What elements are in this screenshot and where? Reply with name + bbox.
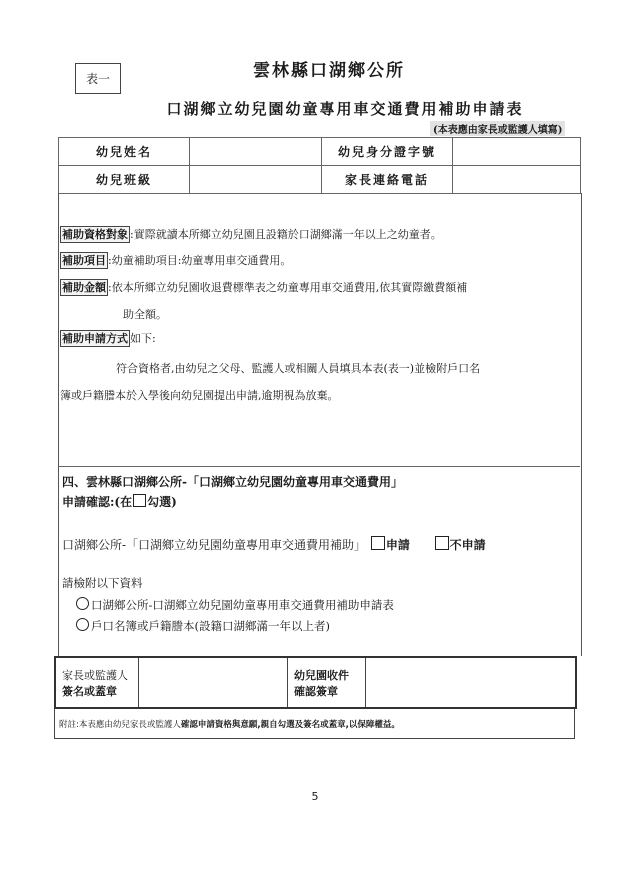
- eligibility-text: :實際就讀本所鄉立幼兒園且設籍於口湖鄉滿一年以上之幼童者。: [130, 228, 442, 241]
- label-child-name: 幼兒姓名: [59, 138, 190, 166]
- attachment-text: 口湖鄉公所-口湖鄉立幼兒園幼童專用車交通費用補助申請表: [91, 598, 394, 612]
- form-title: 口湖鄉立幼兒園幼童專用車交通費用補助申請表: [0, 98, 630, 119]
- table-row: 家長或監護人 簽名或蓋章 幼兒園收件 確認簽章: [55, 657, 576, 708]
- kindergarten-label-line1: 幼兒園收件: [294, 667, 359, 683]
- footnote-prefix: 附註:本表應由幼兒家長或監護人: [59, 718, 181, 730]
- method-detail-line2: 簿或戶籍謄本於入學後向幼兒園提出申請,逾期視為放棄。: [60, 387, 339, 403]
- circle-bullet-icon: [76, 618, 89, 631]
- item-text: :幼童補助項目:幼童專用車交通費用。: [108, 254, 291, 267]
- method-detail-line1: 符合資格者,由幼兒之父母、監護人或相關人員填具本表(表一)並檢附戶口名: [116, 360, 480, 376]
- item-rule: 補助項目:幼童補助項目:幼童專用車交通費用。: [60, 252, 291, 269]
- fill-note: (本表應由家長或監護人填寫): [430, 121, 565, 136]
- parent-label-line1: 家長或監護人: [62, 667, 132, 683]
- kindergarten-signature-field[interactable]: [366, 657, 577, 708]
- eligibility-tag: 補助資格對象: [60, 226, 130, 243]
- apply-checkbox[interactable]: [371, 536, 385, 550]
- heading-prefix: 申請確認:(在: [62, 495, 132, 509]
- parent-signature-label: 家長或監護人 簽名或蓋章: [55, 657, 139, 708]
- amount-tag: 補助金額: [60, 279, 108, 296]
- item-tag: 補助項目: [60, 252, 108, 269]
- footnote: 附註:本表應由幼兒家長或監護人確認申請資格與意願,親自勾選及簽名或蓋章,以保障權…: [54, 709, 575, 739]
- checkbox-icon: [133, 494, 146, 507]
- eligibility-rule: 補助資格對象:實際就讀本所鄉立幼兒園且設籍於口湖鄉滿一年以上之幼童者。: [60, 226, 442, 243]
- label-parent-phone: 家長連絡電話: [322, 166, 453, 194]
- parent-phone-field[interactable]: [453, 166, 581, 194]
- not-apply-checkbox[interactable]: [435, 536, 449, 550]
- confirm-text: 口湖鄉公所-「口湖鄉立幼兒園幼童專用車交通費用補助」: [62, 538, 366, 552]
- attachment-item: 口湖鄉公所-口湖鄉立幼兒園幼童專用車交通費用補助申請表: [76, 597, 394, 613]
- section4-heading-line1: 四、雲林縣口湖鄉公所-「口湖鄉立幼兒園幼童專用車交通費用」: [62, 473, 403, 490]
- organization-title: 雲林縣口湖鄉公所: [0, 56, 630, 81]
- confirm-line: 口湖鄉公所-「口湖鄉立幼兒園幼童專用車交通費用補助」 申請 不申請: [62, 536, 486, 553]
- child-name-field[interactable]: [190, 138, 322, 166]
- label-child-class: 幼兒班級: [59, 166, 190, 194]
- applicant-info-table: 幼兒姓名 幼兒身分證字號 幼兒班級 家長連絡電話: [58, 137, 581, 194]
- amount-rule: 補助金額:依本所鄉立幼兒園收退費標準表之幼童專用車交通費用,依其實際繳費額補: [60, 279, 467, 296]
- method-tag: 補助申請方式: [60, 330, 130, 347]
- table-row: 幼兒班級 家長連絡電話: [59, 166, 581, 194]
- amount-text: :依本所鄉立幼兒園收退費標準表之幼童專用車交通費用,依其實際繳費額補: [108, 281, 467, 294]
- table-row: 幼兒姓名 幼兒身分證字號: [59, 138, 581, 166]
- circle-bullet-icon: [76, 597, 89, 610]
- kindergarten-label-line2: 確認簽章: [294, 683, 359, 699]
- not-apply-label: 不申請: [450, 538, 486, 552]
- label-child-id: 幼兒身分證字號: [322, 138, 453, 166]
- amount-text-continued: 助全額。: [123, 306, 167, 322]
- method-rule: 補助申請方式如下:: [60, 330, 156, 347]
- section4-heading-line2: 申請確認:(在勾選): [62, 493, 177, 510]
- attachment-text: 戶口名簿或戶籍謄本(設籍口湖鄉滿一年以上者): [91, 619, 330, 633]
- parent-label-line2: 簽名或蓋章: [62, 683, 132, 699]
- child-class-field[interactable]: [190, 166, 322, 194]
- apply-label: 申請: [386, 538, 410, 552]
- page-number: 5: [0, 790, 630, 803]
- heading-suffix: 勾選): [147, 495, 177, 509]
- attach-heading: 請檢附以下資料: [62, 575, 143, 591]
- section-divider: [58, 466, 580, 467]
- signature-table: 家長或監護人 簽名或蓋章 幼兒園收件 確認簽章: [54, 656, 577, 709]
- child-id-field[interactable]: [453, 138, 581, 166]
- kindergarten-signature-label: 幼兒園收件 確認簽章: [288, 657, 366, 708]
- attachment-item: 戶口名簿或戶籍謄本(設籍口湖鄉滿一年以上者): [76, 618, 330, 634]
- footnote-bold: 確認申請資格與意願,親自勾選及簽名或蓋章,以保障權益。: [181, 718, 400, 730]
- method-text: 如下:: [130, 332, 156, 345]
- parent-signature-field[interactable]: [139, 657, 288, 708]
